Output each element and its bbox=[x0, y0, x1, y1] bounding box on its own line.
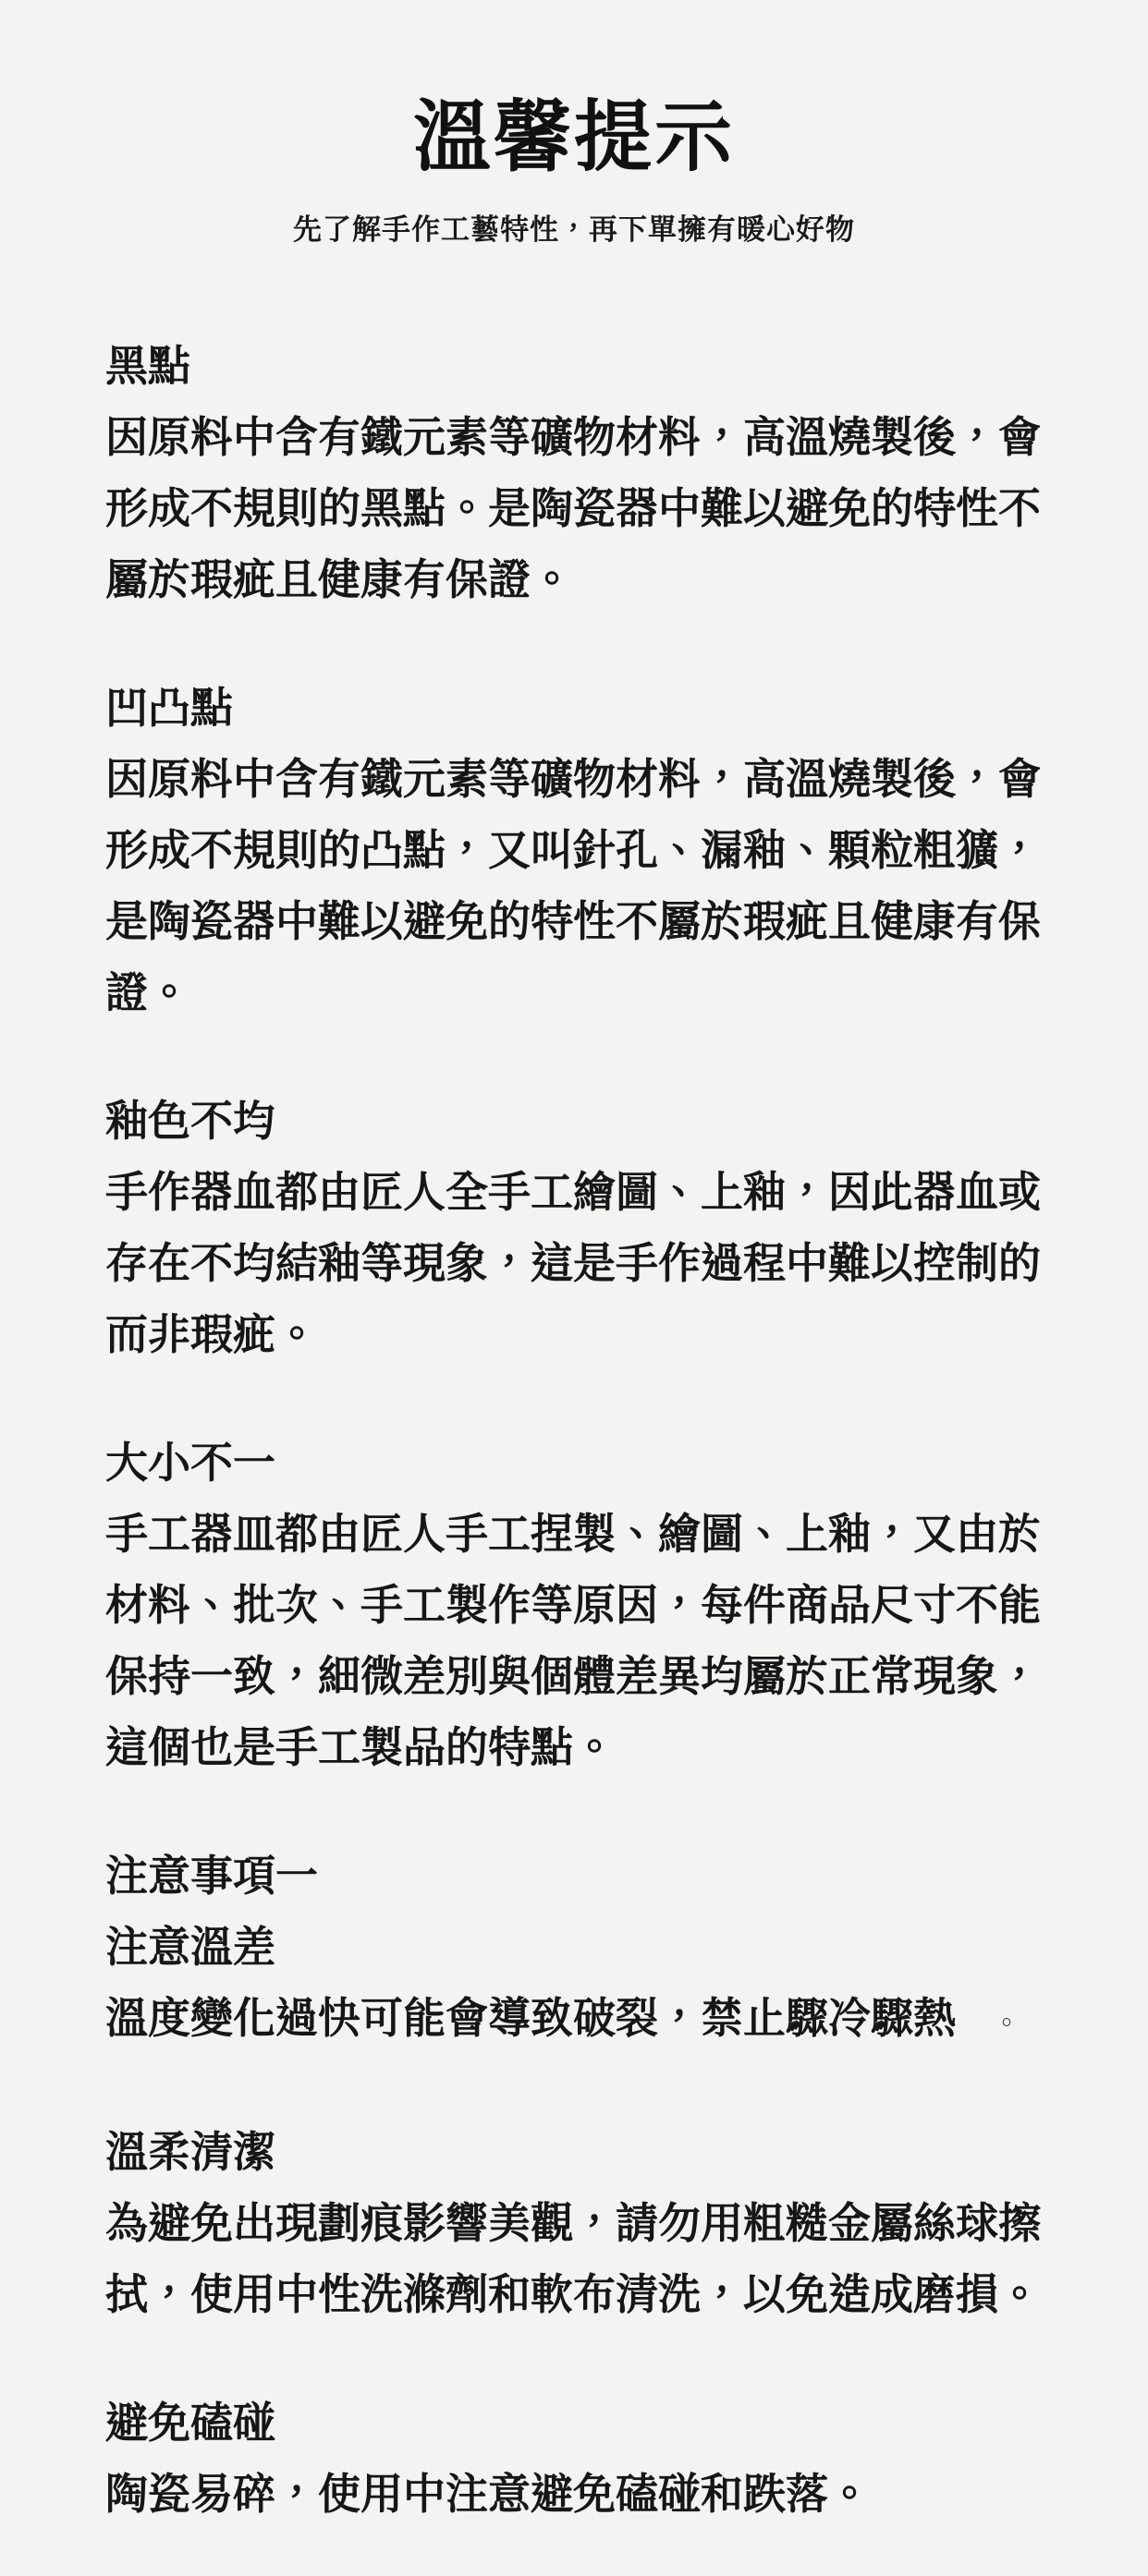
text-line: 材料、批次、手工製作等原因，每件商品尺寸不能 bbox=[105, 1570, 1043, 1641]
text-line: 陶瓷易碎，使用中注意避免磕碰和跌落。 bbox=[105, 2459, 1043, 2530]
page-title: 溫馨提示 bbox=[105, 91, 1043, 183]
detached-period: 。 bbox=[993, 2009, 1020, 2039]
section-heading: 溫柔清潔 bbox=[105, 2117, 1043, 2188]
text-line: 證。 bbox=[105, 957, 1043, 1028]
text-line: 手工器皿都由匠人手工捏製、繪圖、上釉，又由於 bbox=[105, 1499, 1043, 1570]
text-line-body: 溫度變化過快可能會導致破裂，禁止驟冷驟熱 bbox=[105, 1994, 956, 2042]
text-line: 因原料中含有鐵元素等礦物材料，高溫燒製後，會 bbox=[105, 744, 1043, 815]
text-line: 形成不規則的黑點。是陶瓷器中難以避免的特性不 bbox=[105, 473, 1043, 544]
section-bumps: 凹凸點 因原料中含有鐵元素等礦物材料，高溫燒製後，會 形成不規則的凸點，又叫針孔… bbox=[105, 673, 1043, 1028]
section-heading: 黑點 bbox=[105, 331, 1043, 402]
text-line: 屬於瑕疵且健康有保證。 bbox=[105, 544, 1043, 615]
section-heading: 釉色不均 bbox=[105, 1086, 1043, 1157]
page-subtitle: 先了解手作工藝特性，再下單擁有暖心好物 bbox=[105, 211, 1043, 249]
section-heading: 注意事項一 bbox=[105, 1841, 1043, 1912]
text-line: 手作器血都由匠人全手工繪圖、上釉，因此器血或 bbox=[105, 1157, 1043, 1228]
section-heading: 凹凸點 bbox=[105, 673, 1043, 744]
section-black-dots: 黑點 因原料中含有鐵元素等礦物材料，高溫燒製後，會 形成不規則的黑點。是陶瓷器中… bbox=[105, 331, 1043, 615]
text-line: 是陶瓷器中難以避免的特性不屬於瑕疵且健康有保 bbox=[105, 886, 1043, 957]
text-line: 保持一致，細微差別與個體差異均屬於正常現象， bbox=[105, 1641, 1043, 1712]
text-line: 因原料中含有鐵元素等礦物材料，高溫燒製後，會 bbox=[105, 402, 1043, 473]
section-subheading: 注意溫差 bbox=[105, 1912, 1043, 1983]
text-line: 為避免出現劃痕影響美觀，請勿用粗糙金屬絲球擦 bbox=[105, 2188, 1043, 2259]
section-avoid-bumping: 避免磕碰 陶瓷易碎，使用中注意避免磕碰和跌落。 bbox=[105, 2388, 1043, 2530]
section-size-variation: 大小不一 手工器皿都由匠人手工捏製、繪圖、上釉，又由於 材料、批次、手工製作等原… bbox=[105, 1428, 1043, 1783]
text-line: 溫度變化過快可能會導致破裂，禁止驟冷驟熱。 bbox=[105, 1983, 1043, 2060]
text-line: 拭，使用中性洗滌劑和軟布清洗，以免造成磨損。 bbox=[105, 2259, 1043, 2330]
text-line: 這個也是手工製品的特點。 bbox=[105, 1712, 1043, 1783]
text-line: 形成不規則的凸點，又叫針孔、漏釉、顆粒粗獷， bbox=[105, 815, 1043, 886]
text-line: 而非瑕疵。 bbox=[105, 1299, 1043, 1370]
tips-sections: 黑點 因原料中含有鐵元素等礦物材料，高溫燒製後，會 形成不規則的黑點。是陶瓷器中… bbox=[105, 331, 1043, 2530]
section-uneven-glaze: 釉色不均 手作器血都由匠人全手工繪圖、上釉，因此器血或 存在不均結釉等現象，這是… bbox=[105, 1086, 1043, 1370]
section-temperature-caution: 注意事項一 注意溫差 溫度變化過快可能會導致破裂，禁止驟冷驟熱。 bbox=[105, 1841, 1043, 2060]
section-heading: 避免磕碰 bbox=[105, 2388, 1043, 2459]
section-heading: 大小不一 bbox=[105, 1428, 1043, 1499]
warm-tips-page: 溫馨提示 先了解手作工藝特性，再下單擁有暖心好物 黑點 因原料中含有鐵元素等礦物… bbox=[0, 0, 1148, 2576]
text-line: 存在不均結釉等現象，這是手作過程中難以控制的 bbox=[105, 1228, 1043, 1299]
section-gentle-cleaning: 溫柔清潔 為避免出現劃痕影響美觀，請勿用粗糙金屬絲球擦 拭，使用中性洗滌劑和軟布… bbox=[105, 2117, 1043, 2330]
